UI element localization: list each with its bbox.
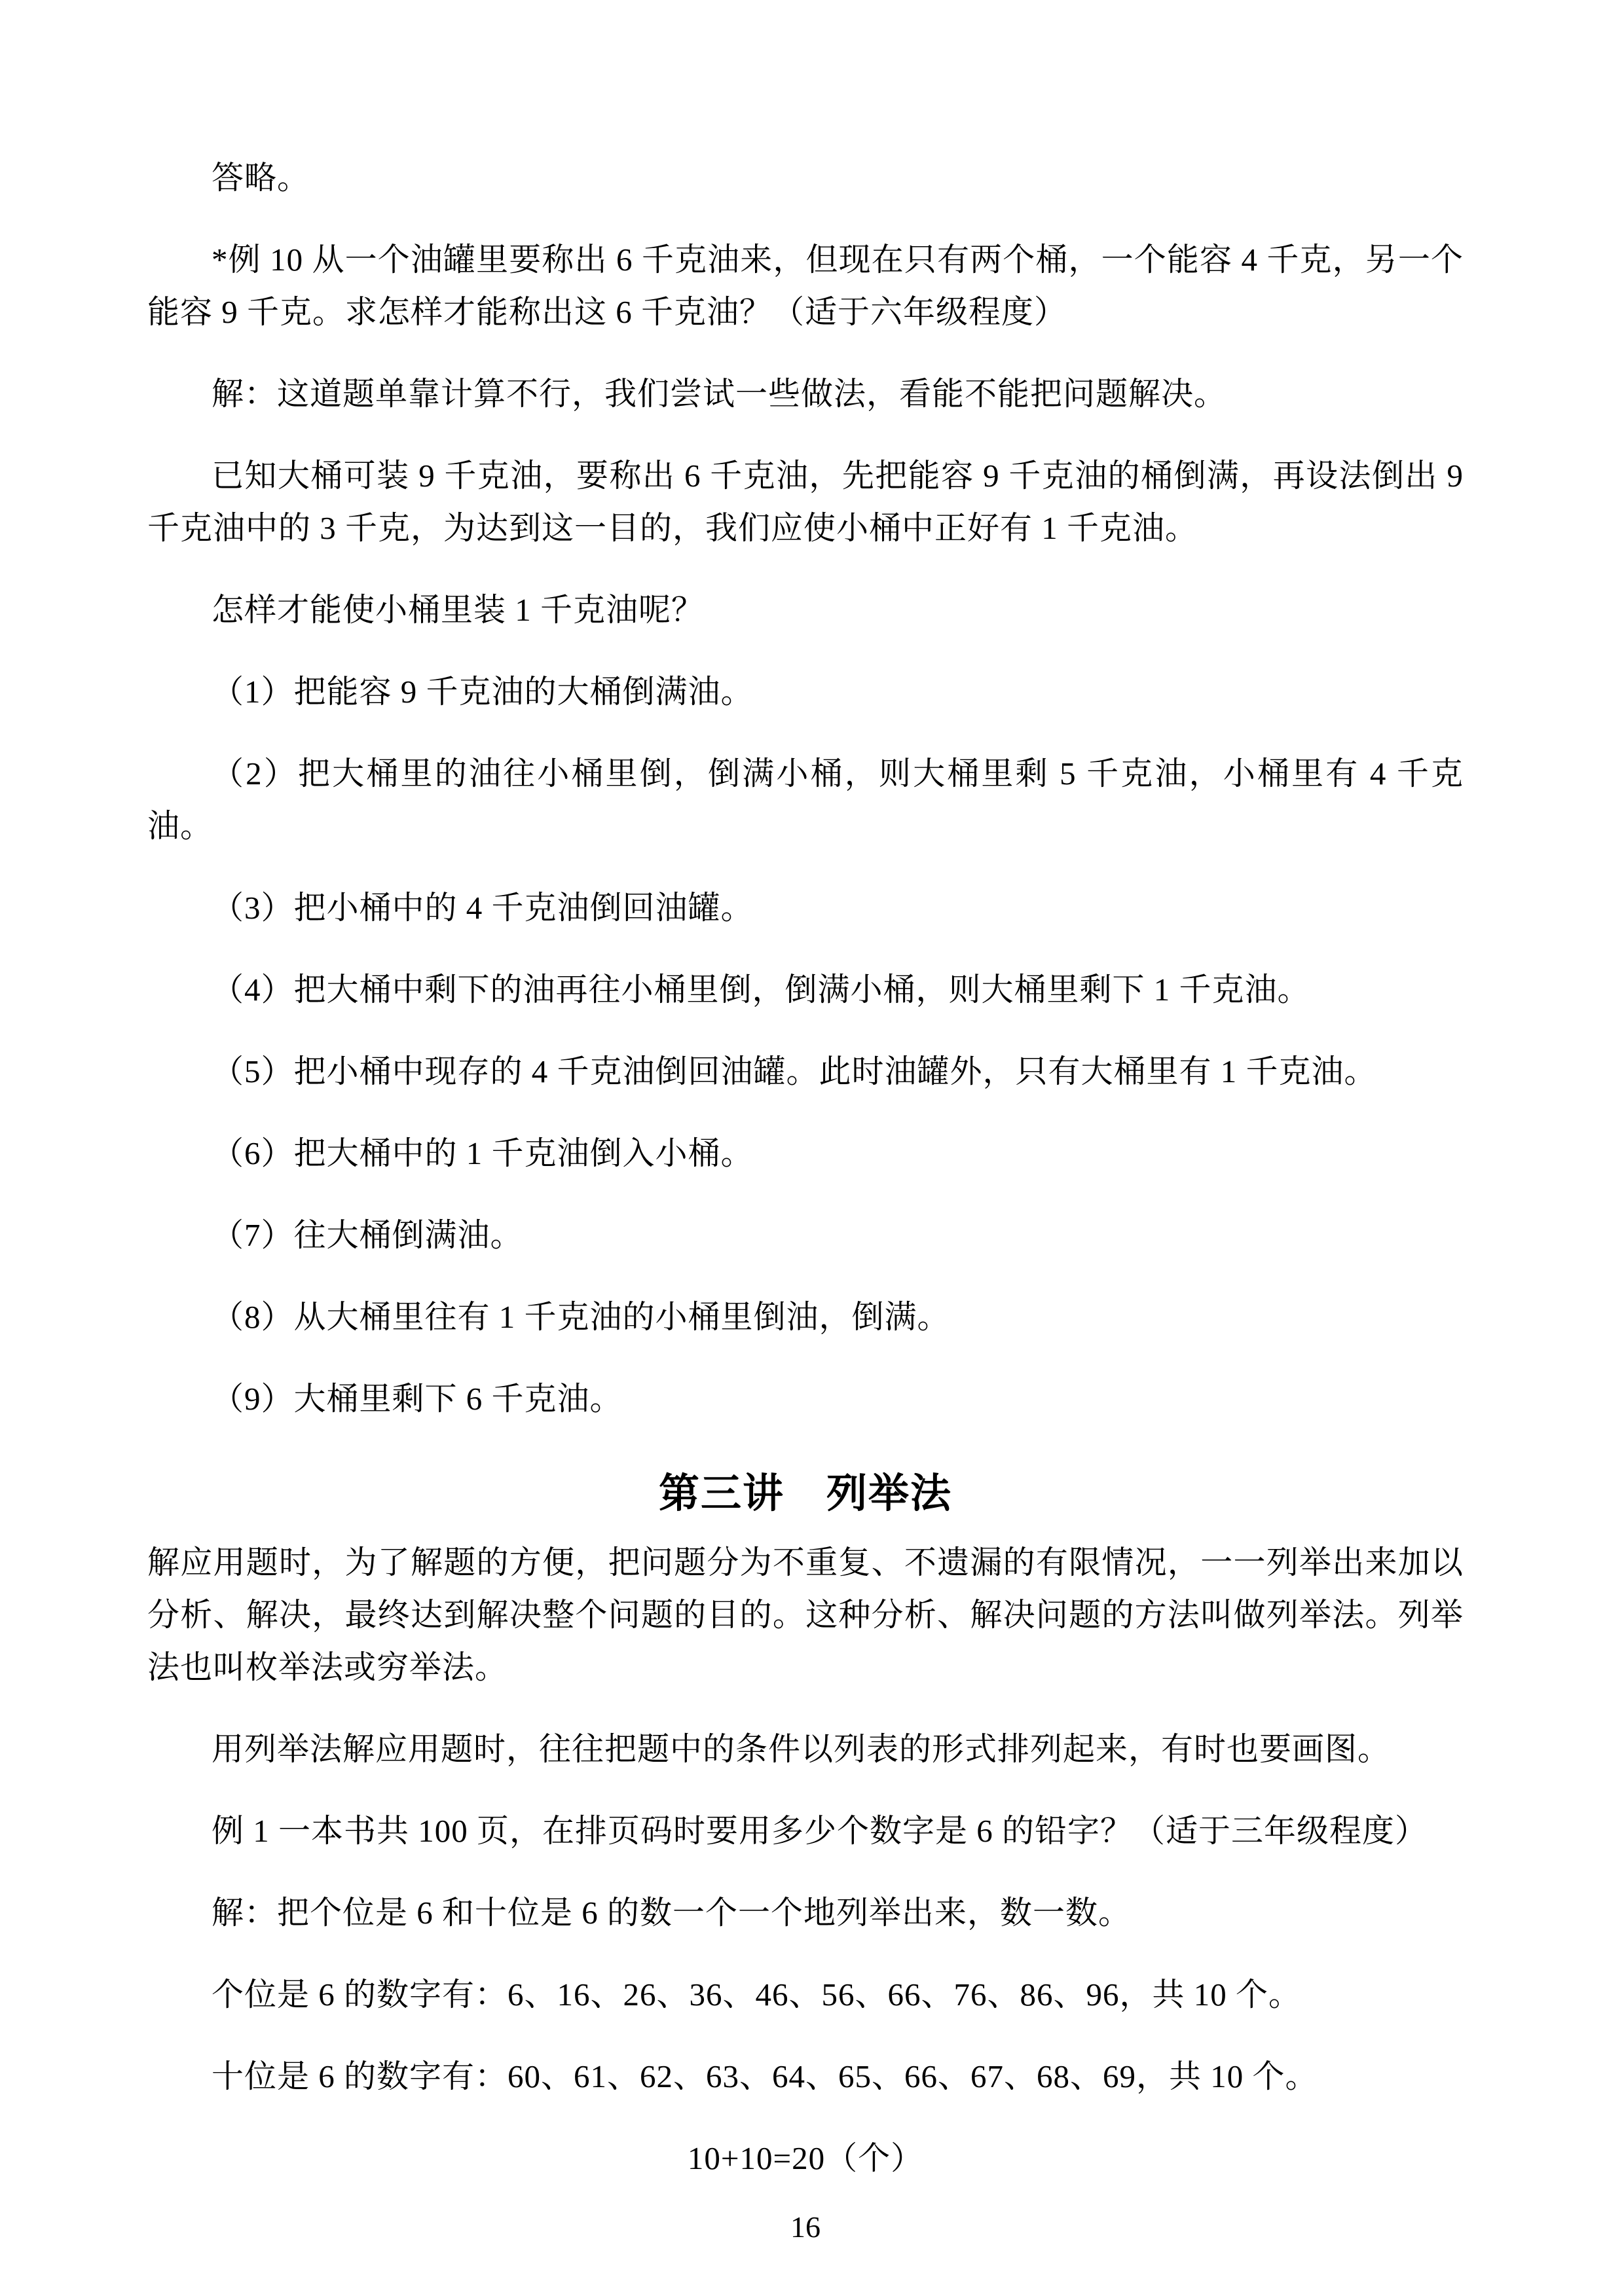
- step-9: （9）大桶里剩下 6 千克油。: [147, 1373, 1464, 1425]
- example10-problem: *例 10 从一个油罐里要称出 6 千克油来，但现在只有两个桶，一个能容 4 千…: [147, 234, 1464, 338]
- example10-analysis: 已知大桶可装 9 千克油，要称出 6 千克油，先把能容 9 千克油的桶倒满，再设…: [147, 450, 1464, 555]
- example10-solution-intro: 解：这道题单靠计算不行，我们尝试一些做法，看能不能把问题解决。: [147, 368, 1464, 420]
- lecture-title: 第三讲 列举法: [147, 1465, 1464, 1523]
- lecture-intro: 解应用题时，为了解题的方便，把问题分为不重复、不遗漏的有限情况，一一列举出来加以…: [147, 1537, 1464, 1694]
- step-1: （1）把能容 9 千克油的大桶倒满油。: [147, 666, 1464, 718]
- page-number: 16: [147, 2208, 1464, 2247]
- answer-note: 答略。: [147, 152, 1464, 204]
- step-6: （6）把大桶中的 1 千克油倒入小桶。: [147, 1127, 1464, 1180]
- units-digit-line: 个位是 6 的数字有：6、16、26、36、46、56、66、76、86、96，…: [147, 1969, 1464, 2021]
- formula-line: 10+10=20（个）: [147, 2132, 1464, 2185]
- step-7: （7）往大桶倒满油。: [147, 1209, 1464, 1262]
- example1-problem: 例 1 一本书共 100 页，在排页码时要用多少个数字是 6 的铅字？（适于三年…: [147, 1805, 1464, 1857]
- step-2: （2）把大桶里的油往小桶里倒，倒满小桶，则大桶里剩 5 千克油，小桶里有 4 千…: [147, 748, 1464, 852]
- step-8: （8）从大桶里往有 1 千克油的小桶里倒油，倒满。: [147, 1291, 1464, 1343]
- step-3: （3）把小桶中的 4 千克油倒回油罐。: [147, 882, 1464, 934]
- step-4: （4）把大桶中剩下的油再往小桶里倒，倒满小桶，则大桶里剩下 1 千克油。: [147, 964, 1464, 1016]
- tens-digit-line: 十位是 6 的数字有：60、61、62、63、64、65、66、67、68、69…: [147, 2050, 1464, 2103]
- document-page: 答略。 *例 10 从一个油罐里要称出 6 千克油来，但现在只有两个桶，一个能容…: [0, 0, 1624, 2296]
- example1-solution-intro: 解：把个位是 6 和十位是 6 的数一个一个地列举出来，数一数。: [147, 1887, 1464, 1939]
- step-5: （5）把小桶中现存的 4 千克油倒回油罐。此时油罐外，只有大桶里有 1 千克油。: [147, 1046, 1464, 1098]
- method-note: 用列举法解应用题时，往往把题中的条件以列表的形式排列起来，有时也要画图。: [147, 1723, 1464, 1776]
- example10-question: 怎样才能使小桶里装 1 千克油呢？: [147, 584, 1464, 636]
